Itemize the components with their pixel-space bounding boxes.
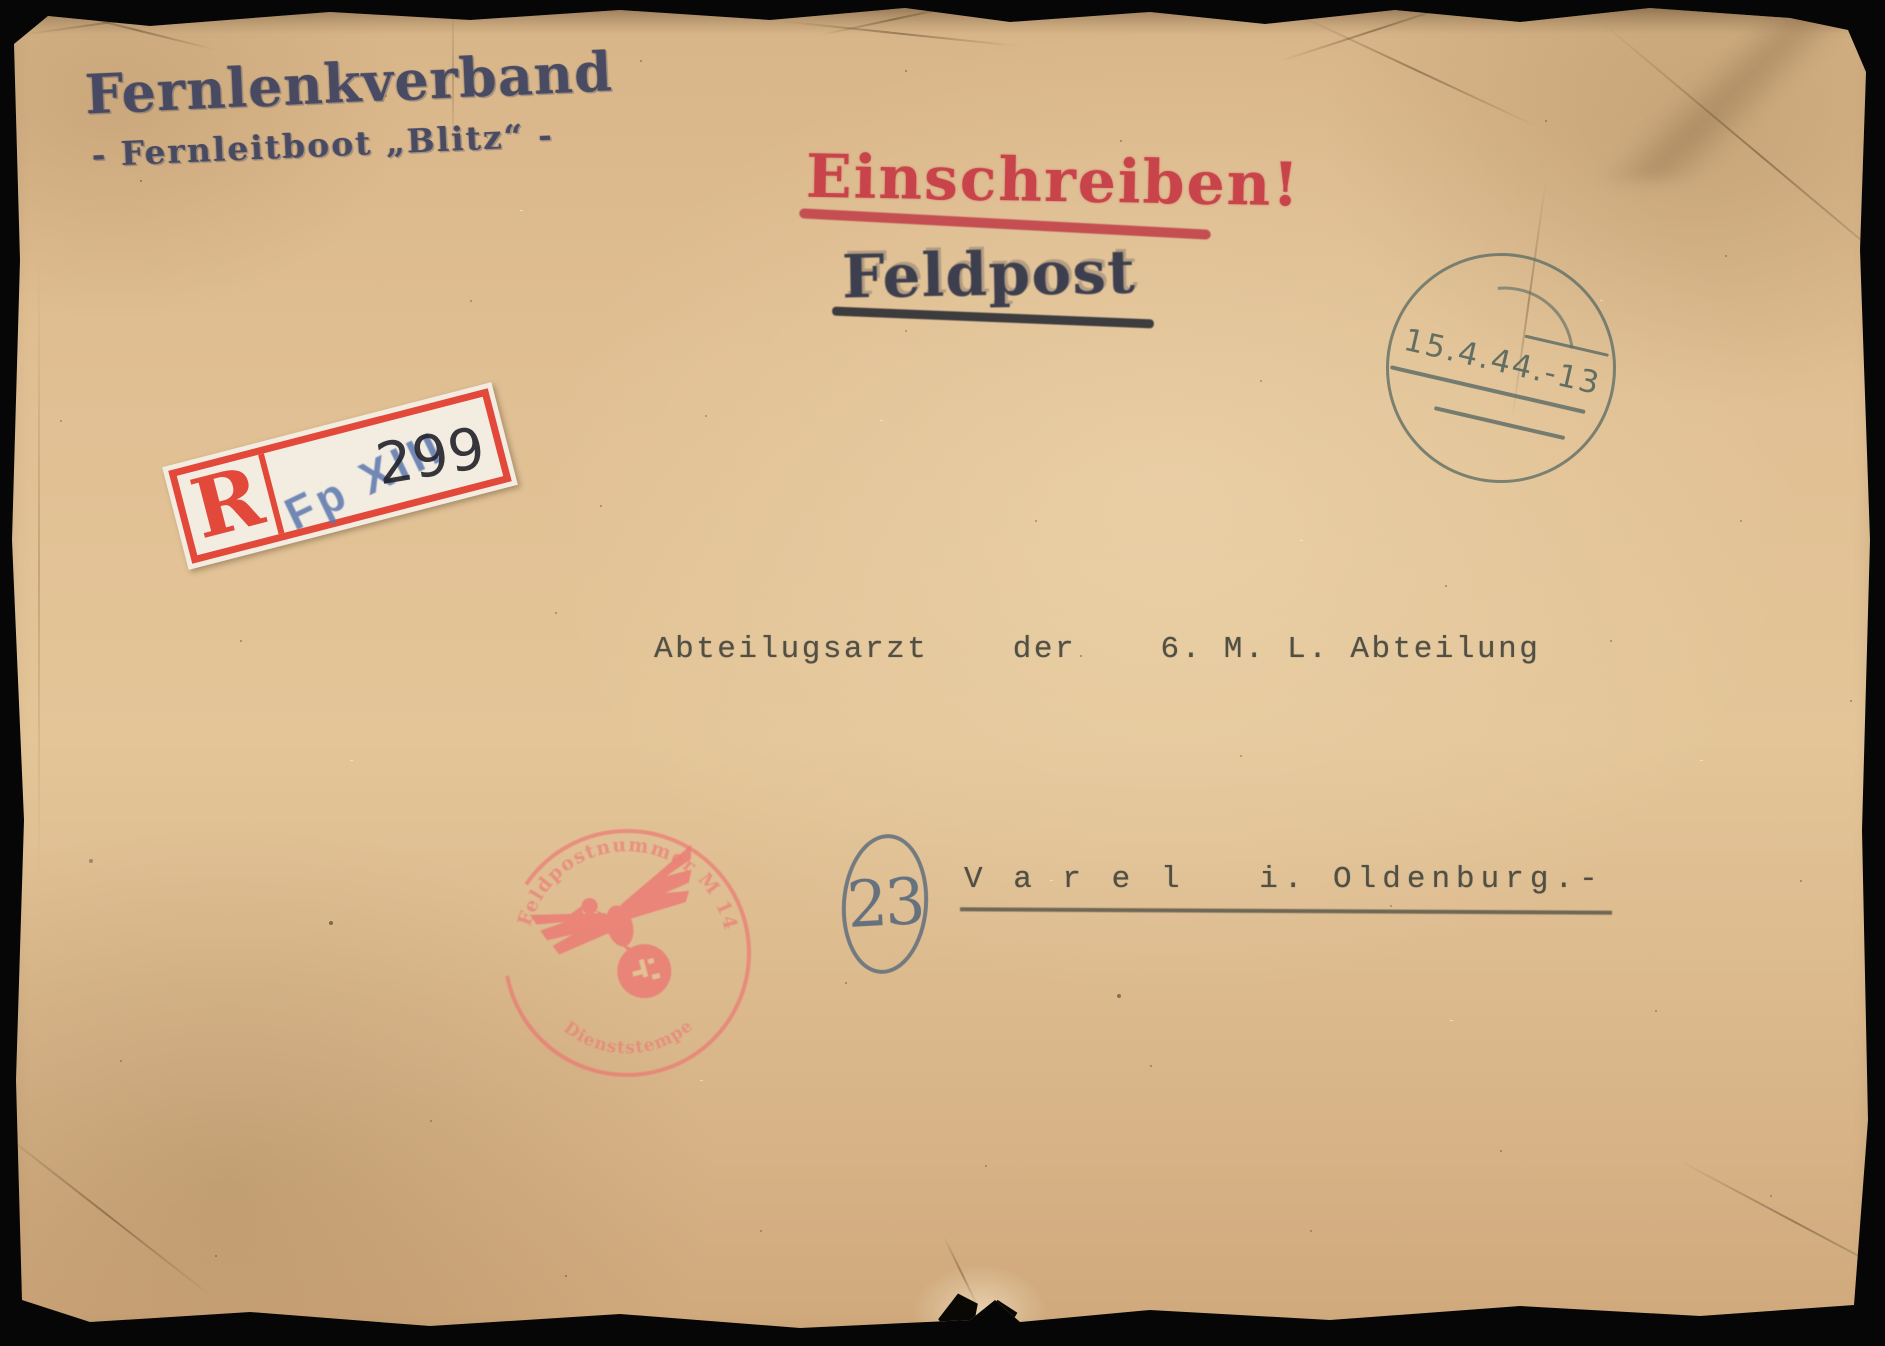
address-line2: V a r e l i. Oldenburg.-	[964, 862, 1604, 897]
stamp-bottom-arc-text: Dienststempel	[477, 803, 697, 1058]
postmark-bar	[1390, 365, 1586, 414]
crease-line-vertical	[38, 260, 40, 880]
eagle-emblem	[523, 845, 727, 1022]
einschreiben-handstamp: Einschreiben!	[805, 142, 1301, 221]
postal-zone-circle: 23	[837, 831, 933, 977]
crease-line-vertical	[1511, 181, 1546, 419]
svg-text:Dienststempel: Dienststempel	[477, 803, 697, 1058]
bottom-tear	[925, 1282, 1035, 1346]
crease-line	[1280, 0, 1471, 62]
crease-line	[780, 20, 1019, 47]
einschreiben-underline	[799, 208, 1211, 240]
address-line1: Abteilugsarzt der 6. M. L. Abteilung	[654, 632, 1540, 667]
envelope: Fernlenkverband - Fernleitboot „Blitz“ -…	[0, 0, 1885, 1346]
postmark-bar	[1524, 335, 1608, 357]
sender-line2: - Fernleitboot „Blitz“ -	[91, 112, 616, 174]
postal-zone-number: 23	[845, 865, 924, 943]
postmark-bar	[1434, 406, 1565, 440]
top-edge-shadow	[0, 0, 1885, 34]
crease-line	[1599, 20, 1885, 292]
feldpost-handstamp: Feldpost	[841, 237, 1136, 312]
stamp-outer-circle	[505, 831, 749, 1075]
postmark-inner-arc	[1408, 259, 1602, 453]
postmark-date: 15.4.44.-13	[1389, 319, 1615, 404]
tear-highlight	[903, 1258, 1057, 1346]
feldpost-underline	[832, 307, 1154, 329]
paper-speckles	[0, 0, 2, 2]
crease-line-vertical	[452, 0, 454, 150]
photo-background: Fernlenkverband - Fernleitboot „Blitz“ -…	[0, 0, 1885, 1346]
crease-line	[1680, 1160, 1885, 1284]
crease-line	[820, 3, 967, 36]
registration-right-cell: Fp XIII 299	[264, 397, 503, 533]
registration-r-cell: R	[177, 453, 285, 555]
crease-line	[20, 2, 248, 36]
registration-label-frame: R Fp XIII 299	[168, 388, 512, 564]
sender-unit-handstamp: Fernlenkverband - Fernleitboot „Blitz“ -	[84, 45, 616, 175]
crease-line	[943, 1237, 982, 1315]
registration-r-letter: R	[184, 455, 271, 551]
postmark-datestamp: 15.4.44.-13	[1386, 253, 1616, 483]
svg-text:Feldpostnummer M 14212: Feldpostnummer M 14212	[477, 803, 742, 933]
paper-fibers	[0, 0, 3, 1]
stamp-top-arc-text: Feldpostnummer M 14212	[477, 803, 742, 933]
wreath-center-marks	[630, 956, 660, 982]
address-underline	[960, 907, 1612, 914]
registration-number: 299	[371, 415, 489, 498]
crease-line	[0, 1130, 213, 1298]
sender-line1: Fernlenkverband	[84, 45, 614, 122]
crease-line	[60, 10, 216, 51]
registration-office-stamp: Fp XIII	[277, 421, 453, 541]
crease-line	[1300, 15, 1536, 127]
corner-fold-shading	[1560, 0, 1885, 180]
official-eagle-stamp: Feldpostnummer M 14212 Dienststempel	[477, 803, 777, 1103]
registration-label: R Fp XIII 299	[162, 382, 518, 570]
